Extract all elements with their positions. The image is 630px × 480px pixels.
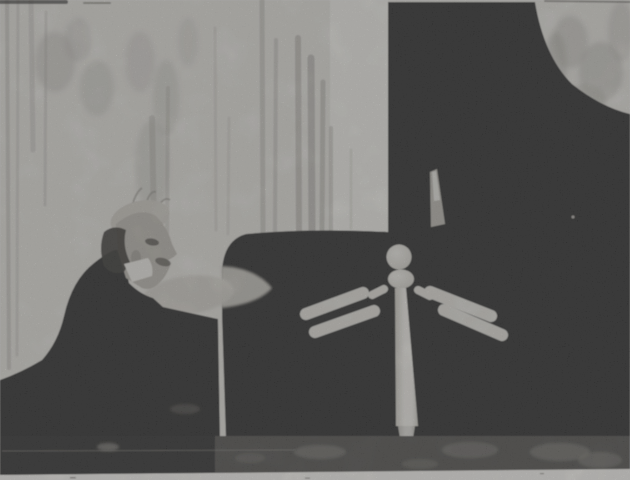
photograph	[0, 0, 630, 480]
photo-canvas	[0, 0, 630, 480]
grain-overlay	[0, 0, 630, 480]
